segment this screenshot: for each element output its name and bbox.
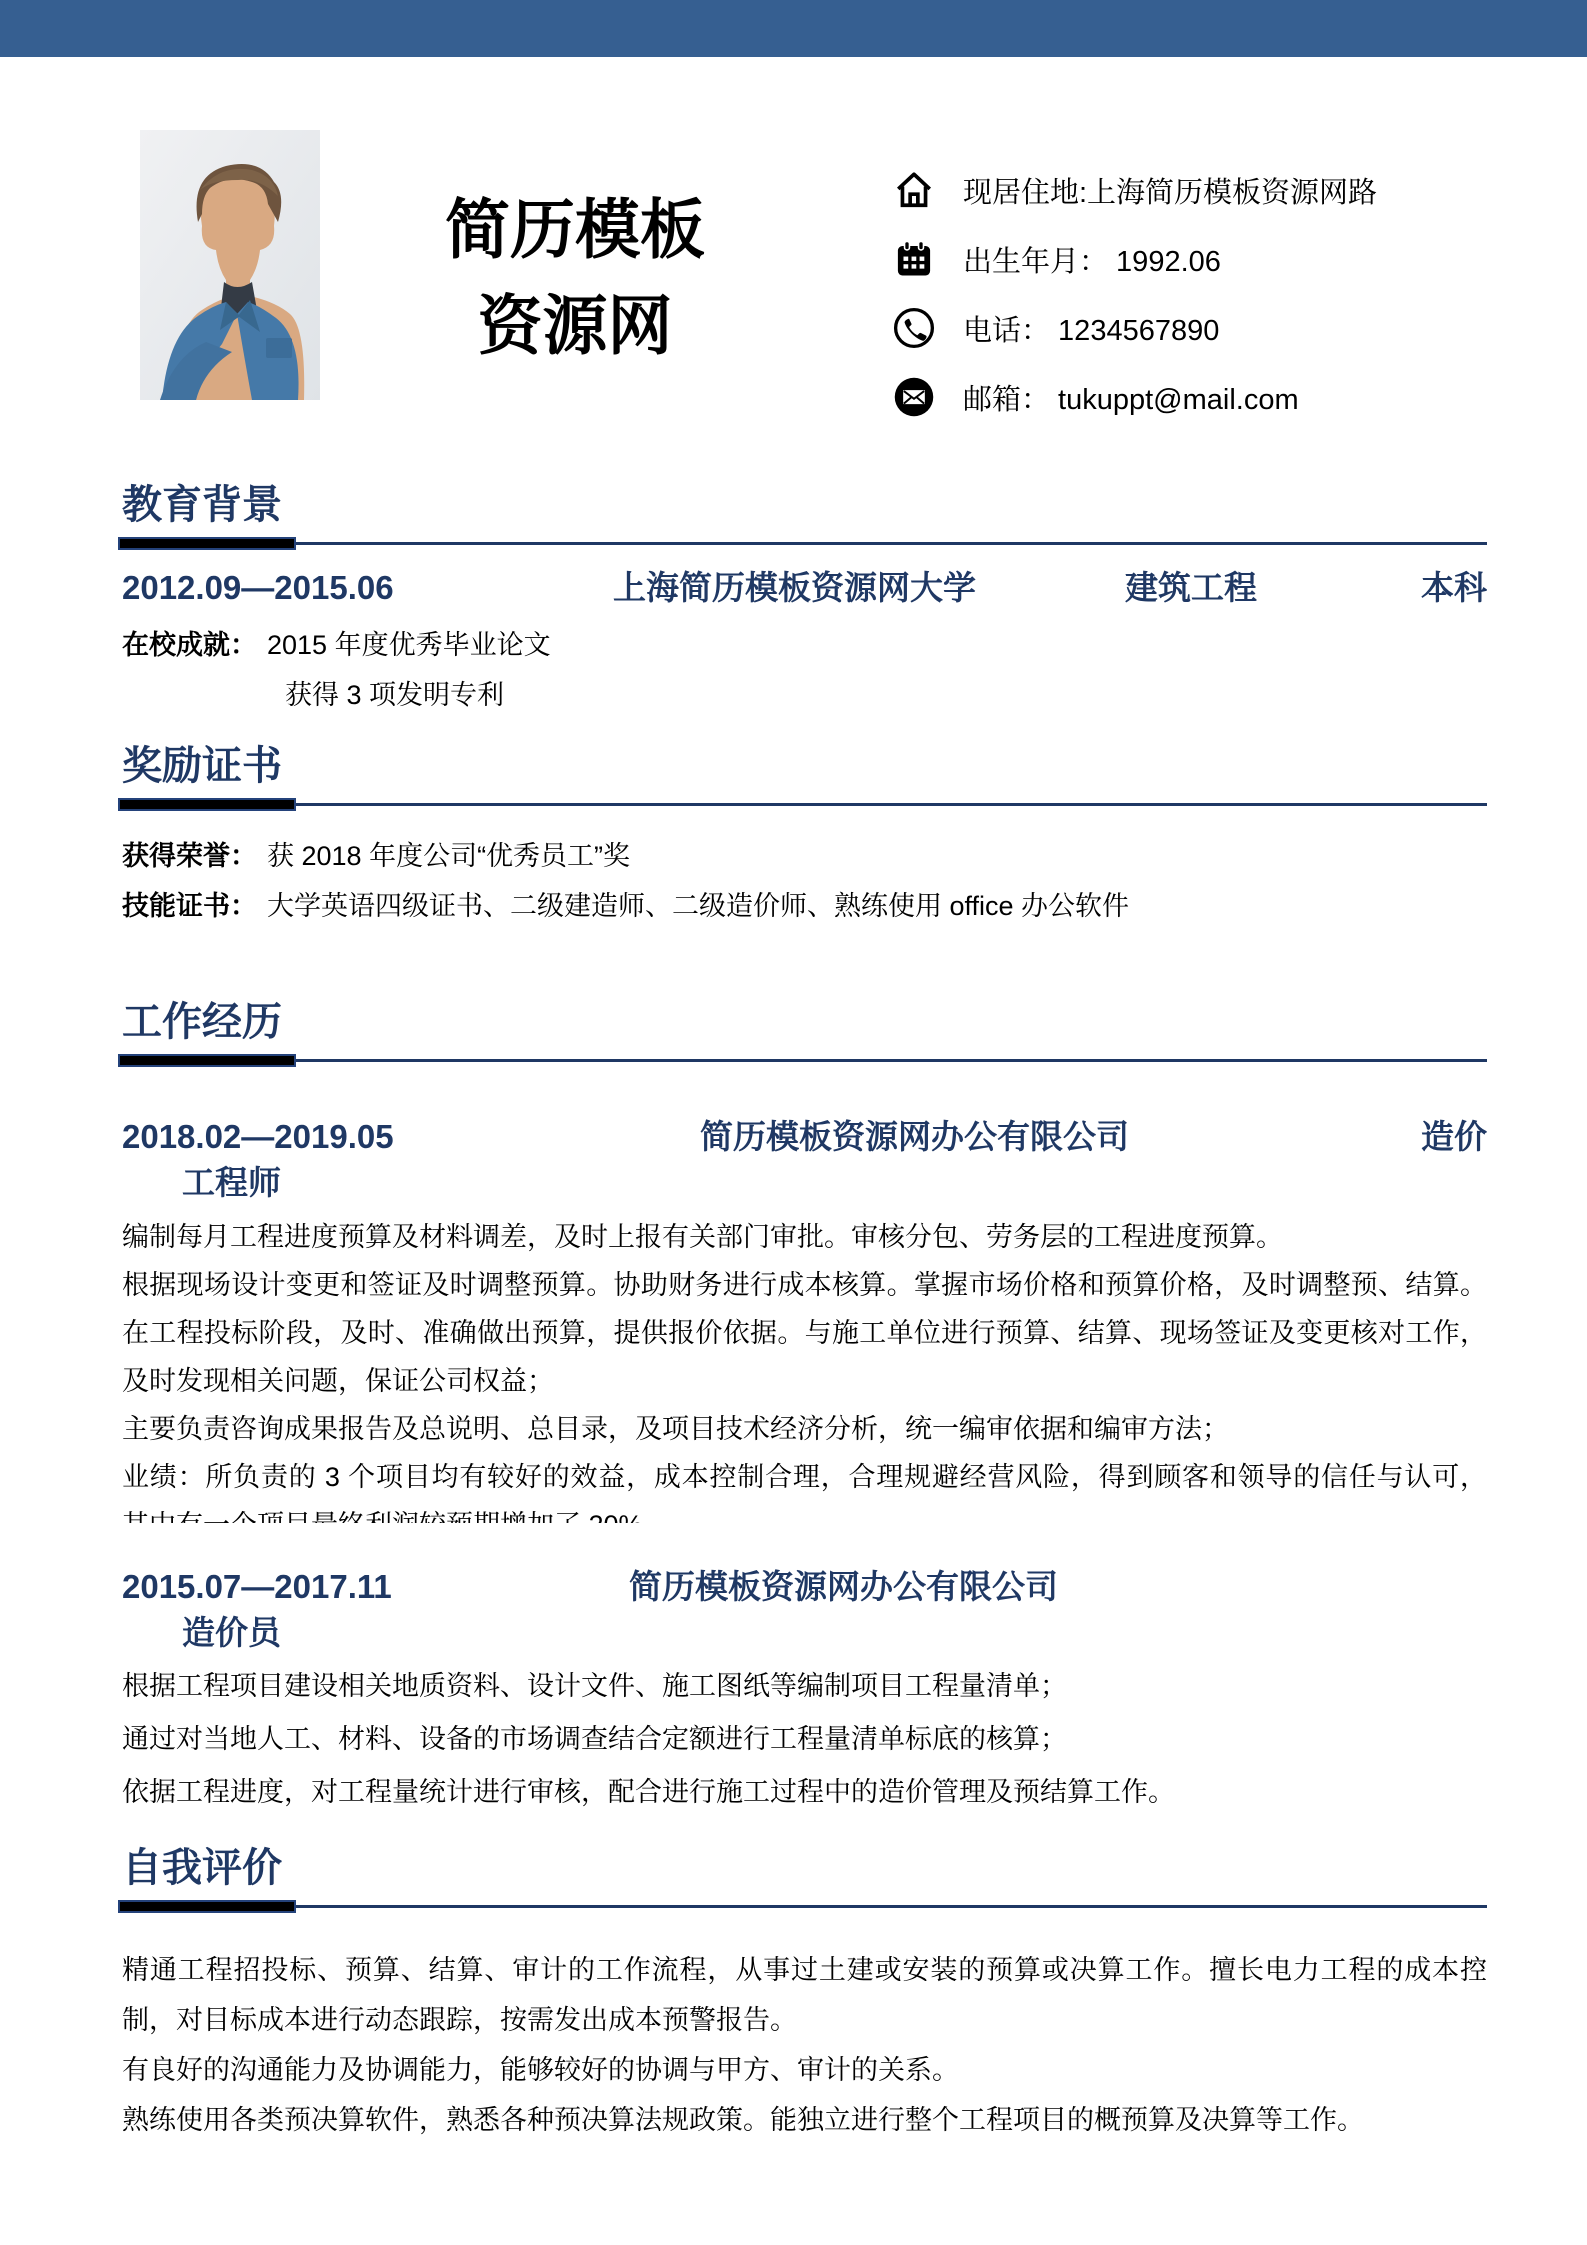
job2-header: 2015.07—2017.11 简历模板资源网办公有限公司 造价员	[122, 1564, 1487, 1656]
contact-row-address: 现居住地:上海简历模板资源网路	[893, 169, 1377, 211]
calendar-icon	[893, 238, 935, 280]
section-title-self-eval: 自我评价	[122, 1846, 1487, 1890]
rule-thin-segment	[296, 803, 1487, 806]
rule-thin-segment	[296, 1905, 1487, 1908]
rule-thick-segment	[118, 1054, 296, 1067]
job1-role-part1: 造价	[1421, 1114, 1487, 1160]
education-achievement-row: 在校成就：2015 年度优秀毕业论文	[122, 620, 1487, 670]
rule-thick-segment	[118, 1900, 296, 1913]
self-eval-line: 有良好的沟通能力及协调能力，能够较好的协调与甲方、审计的关系。	[122, 2045, 1487, 2095]
cert-label: 技能证书：	[122, 891, 257, 921]
section-title-work: 工作经历	[122, 1000, 1487, 1044]
job2-period: 2015.07—2017.11	[122, 1568, 392, 1605]
section-rule-self-eval	[122, 1900, 1487, 1913]
job2-line: 通过对当地人工、材料、设备的市场调查结合定额进行工程量清单标底的核算；	[122, 1713, 1487, 1766]
education-major: 建筑工程	[1125, 566, 1257, 610]
contact-row-phone: 电话： 1234567890	[893, 307, 1377, 349]
job1-line: 业绩：所负责的 3 个项目均有较好的效益，成本控制合理，合理规避经营风险，得到顾…	[122, 1453, 1487, 1501]
self-eval-text: 精通工程招投标、预算、结算、审计的工作流程，从事过土建或安装的预算或决算工作。擅…	[122, 1945, 1487, 2145]
job2-description: 根据工程项目建设相关地质资料、设计文件、施工图纸等编制项目工程量清单； 通过对当…	[122, 1660, 1487, 1819]
job1-line: 根据现场设计变更和签证及时调整预算。协助财务进行成本核算。掌握市场价格和预算价格…	[122, 1261, 1487, 1309]
contact-email-text: 邮箱： tukuppt@mail.com	[963, 377, 1299, 418]
candidate-name-line1: 简历模板	[400, 182, 750, 278]
rule-thick-segment	[118, 798, 296, 811]
section-rule-work	[122, 1054, 1487, 1067]
achievement-label: 在校成就：	[122, 630, 257, 660]
self-eval-line: 精通工程招投标、预算、结算、审计的工作流程，从事过土建或安装的预算或决算工作。擅…	[122, 1945, 1487, 1995]
email-icon	[893, 376, 935, 418]
achievement-line2: 获得 3 项发明专利	[285, 670, 1487, 720]
candidate-name-line2: 资源网	[400, 278, 750, 374]
home-icon	[893, 169, 935, 211]
rule-thin-segment	[296, 1059, 1487, 1062]
section-title-awards: 奖励证书	[122, 744, 1487, 788]
job2-line: 依据工程进度，对工程量统计进行审核，配合进行施工过程中的造价管理及预结算工作。	[122, 1766, 1487, 1819]
job1-role-part2: 工程师	[182, 1164, 281, 1201]
job1-period: 2018.02—2019.05	[122, 1118, 394, 1155]
resume-page: 简历模板 资源网 现居住地:上海简历模板资源网路 出生年月： 1992.06	[0, 0, 1587, 2245]
self-eval-line: 熟练使用各类预决算软件，熟悉各种预决算法规政策。能独立进行整个工程项目的概预算及…	[122, 2095, 1487, 2145]
education-entry: 2012.09—2015.06 上海简历模板资源网大学 建筑工程 本科	[122, 566, 1487, 610]
job1-line: 主要负责咨询成果报告及总说明、总目录，及项目技术经济分析，统一编审依据和编审方法…	[122, 1405, 1487, 1453]
job1-line: 编制每月工程进度预算及材料调差，及时上报有关部门审批。审核分包、劳务层的工程进度…	[122, 1213, 1487, 1261]
education-period: 2012.09—2015.06	[122, 566, 394, 610]
contact-phone-text: 电话： 1234567890	[963, 308, 1219, 349]
job1-company: 简历模板资源网办公有限公司	[700, 1114, 1129, 1160]
job1-line-truncated: 其中有一个项目最终利润较预期增加了 20%	[122, 1501, 1487, 1523]
contact-row-email: 邮箱： tukuppt@mail.com	[893, 376, 1377, 418]
resume-header: 简历模板 资源网 现居住地:上海简历模板资源网路 出生年月： 1992.06	[0, 57, 1587, 483]
candidate-name: 简历模板 资源网	[400, 182, 750, 374]
rule-thick-segment	[118, 537, 296, 550]
profile-photo	[140, 130, 320, 400]
job1-line: 及时发现相关问题，保证公司权益；	[122, 1357, 1487, 1405]
job1-description: 编制每月工程进度预算及材料调差，及时上报有关部门审批。审核分包、劳务层的工程进度…	[122, 1213, 1487, 1523]
section-rule-awards	[122, 798, 1487, 811]
contact-birth-text: 出生年月： 1992.06	[963, 239, 1221, 280]
education-degree: 本科	[1421, 566, 1487, 610]
resume-body: 教育背景 2012.09—2015.06 上海简历模板资源网大学 建筑工程 本科…	[0, 483, 1587, 2145]
contact-list: 现居住地:上海简历模板资源网路 出生年月： 1992.06 电话： 123456…	[893, 169, 1377, 445]
cert-text: 大学英语四级证书、二级建造师、二级造价师、熟练使用 office 办公软件	[267, 891, 1129, 921]
contact-address-text: 现居住地:上海简历模板资源网路	[963, 170, 1377, 211]
job1-header: 2018.02—2019.05 简历模板资源网办公有限公司 造价 工程师	[122, 1114, 1487, 1206]
honor-text: 获 2018 年度公司“优秀员工”奖	[267, 841, 630, 871]
self-eval-line: 制，对目标成本进行动态跟踪，按需发出成本预警报告。	[122, 1995, 1487, 2045]
awards-honor-row: 获得荣誉：获 2018 年度公司“优秀员工”奖	[122, 831, 1487, 881]
rule-thin-segment	[296, 542, 1487, 545]
contact-row-birth: 出生年月： 1992.06	[893, 238, 1377, 280]
awards-cert-row: 技能证书：大学英语四级证书、二级建造师、二级造价师、熟练使用 office 办公…	[122, 881, 1487, 931]
section-rule-education	[122, 537, 1487, 550]
achievement-line1: 2015 年度优秀毕业论文	[267, 630, 551, 660]
job2-company: 简历模板资源网办公有限公司	[629, 1564, 1058, 1610]
job2-role: 造价员	[182, 1614, 281, 1651]
education-school: 上海简历模板资源网大学	[613, 566, 976, 610]
job1-line: 在工程投标阶段，及时、准确做出预算，提供报价依据。与施工单位进行预算、结算、现场…	[122, 1309, 1487, 1357]
section-title-education: 教育背景	[122, 483, 1487, 527]
profile-photo-graphic	[140, 130, 320, 400]
honor-label: 获得荣誉：	[122, 841, 257, 871]
job2-line: 根据工程项目建设相关地质资料、设计文件、施工图纸等编制项目工程量清单；	[122, 1660, 1487, 1713]
phone-icon	[893, 307, 935, 349]
top-accent-bar	[0, 0, 1587, 57]
